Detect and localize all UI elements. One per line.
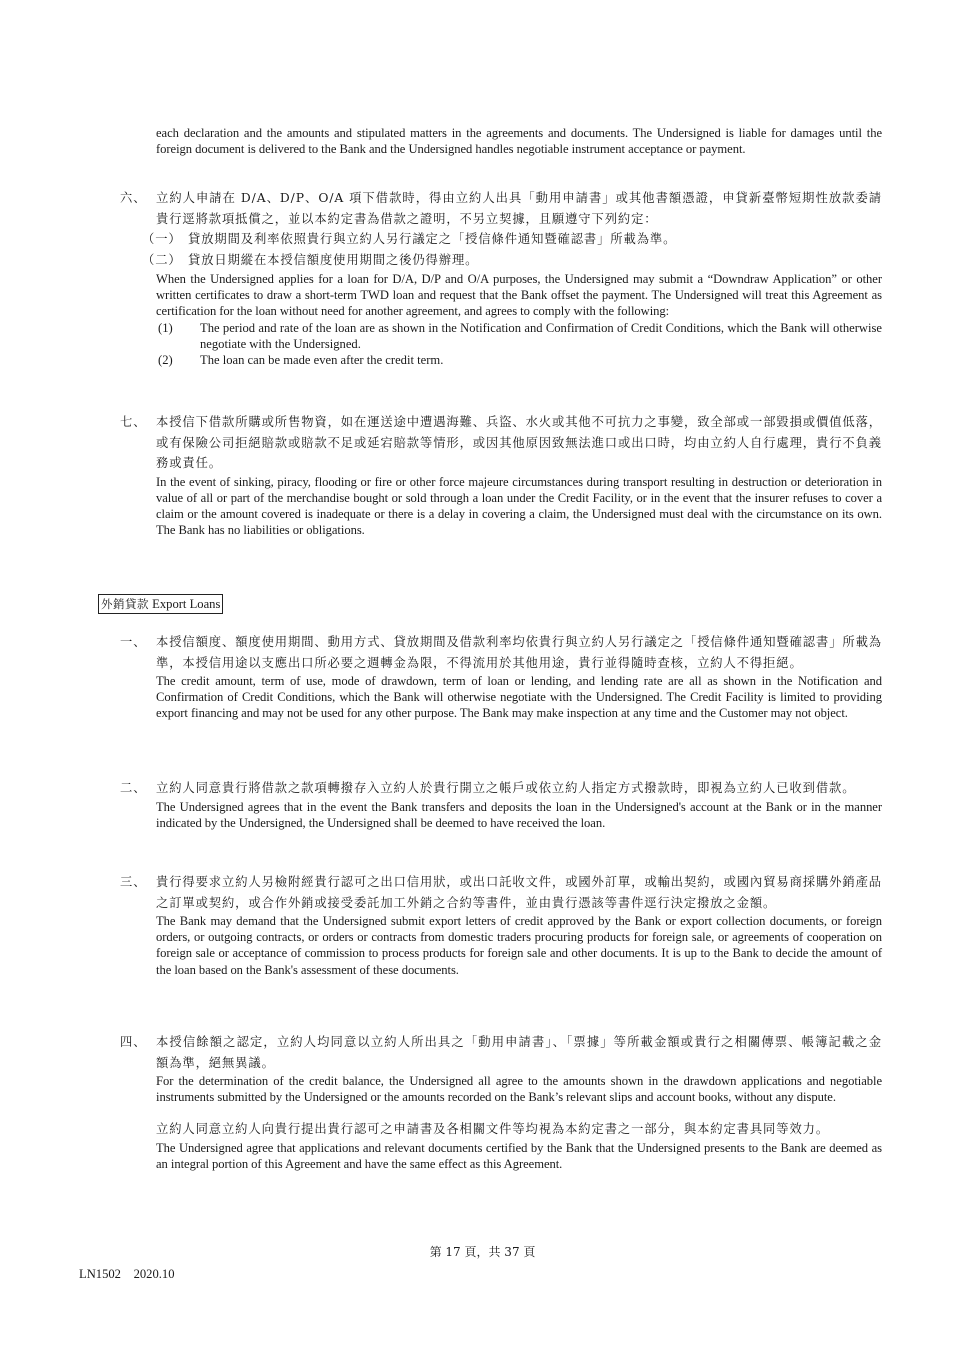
- clause-en: In the event of sinking, piracy, floodin…: [156, 474, 882, 539]
- sub-clause-en: (1) The period and rate of the loan are …: [156, 320, 882, 352]
- section-title-export-loans: 外銷貸款 Export Loans: [98, 594, 223, 614]
- export-clause-3: 三、 貴行得要求立約人另檢附經貴行認可之出口信用狀，或出口託收文件，或國外訂單，…: [120, 872, 882, 978]
- form-code: LN1502 2020.10: [79, 1263, 175, 1282]
- clause-en: The credit amount, term of use, mode of …: [156, 673, 882, 722]
- export-clause-1: 一、 本授信額度、額度使用期間、動用方式、貸放期間及借款利率均依貴行與立約人另行…: [120, 632, 882, 722]
- clause-number: 四、: [120, 1032, 156, 1053]
- clause-zh: 立約人同意貴行將借款之款項轉撥存入立約人於貴行開立之帳戶或依立約人指定方式撥款時…: [156, 778, 882, 799]
- clause-zh-supplement: 立約人同意立約人向貴行提出貴行認可之申請書及各相關文件等均視為本約定書之一部分，…: [156, 1119, 882, 1140]
- section-title-zh: 外銷貸款: [101, 597, 149, 611]
- clause-en: For the determination of the credit bala…: [156, 1073, 882, 1105]
- clause-en: When the Undersigned applies for a loan …: [156, 271, 882, 320]
- export-clause-4: 四、 本授信餘額之認定，立約人均同意以立約人所出具之「動用申請書」、「票據」等所…: [120, 1032, 882, 1172]
- section-title-en: Export Loans: [152, 597, 220, 611]
- clause-number: 二、: [120, 778, 156, 799]
- sub-clause-zh: （二） 貸放日期縱在本授信額度使用期間之後仍得辦理。: [142, 250, 882, 271]
- clause-en: The Bank may demand that the Undersigned…: [156, 913, 882, 978]
- clause-number: 三、: [120, 872, 156, 893]
- document-page: each declaration and the amounts and sti…: [0, 0, 965, 1365]
- page-indicator: 第 17 頁，共 37 頁: [0, 1243, 965, 1260]
- sub-clause-en: (2) The loan can be made even after the …: [156, 352, 882, 368]
- sub-clause-zh: （一） 貸放期間及利率依照貴行與立約人另行議定之「授信條件通知暨確認書」所載為準…: [142, 229, 882, 250]
- clause-en: The Undersigned agrees that in the event…: [156, 799, 882, 831]
- clause-number: 七、: [120, 412, 156, 433]
- clause-zh: 貴行得要求立約人另檢附經貴行認可之出口信用狀，或出口託收文件，或國外訂單，或輸出…: [156, 872, 882, 913]
- clause-7: 七、 本授信下借款所購或所售物資，如在運送途中遭遇海難、兵盜、水火或其他不可抗力…: [120, 412, 882, 538]
- clause-6: 六、 立約人申請在 D/A、D/P、O/A 項下借款時，得由立約人出具「動用申請…: [120, 188, 882, 368]
- clause-number: 六、: [120, 188, 156, 209]
- clause-number: 一、: [120, 632, 156, 653]
- clause-zh: 本授信額度、額度使用期間、動用方式、貸放期間及借款利率均依貴行與立約人另行議定之…: [156, 632, 882, 673]
- clause-en-supplement: The Undersigned agree that applications …: [156, 1140, 882, 1172]
- clause-zh: 本授信下借款所購或所售物資，如在運送途中遭遇海難、兵盜、水火或其他不可抗力之事變…: [156, 412, 882, 474]
- clause-zh: 立約人申請在 D/A、D/P、O/A 項下借款時，得由立約人出具「動用申請書」或…: [156, 188, 882, 229]
- intro-en: each declaration and the amounts and sti…: [156, 125, 882, 157]
- export-clause-2: 二、 立約人同意貴行將借款之款項轉撥存入立約人於貴行開立之帳戶或依立約人指定方式…: [120, 778, 882, 831]
- clause-zh: 本授信餘額之認定，立約人均同意以立約人所出具之「動用申請書」、「票據」等所載金額…: [156, 1032, 882, 1073]
- intro-paragraph: each declaration and the amounts and sti…: [156, 125, 882, 157]
